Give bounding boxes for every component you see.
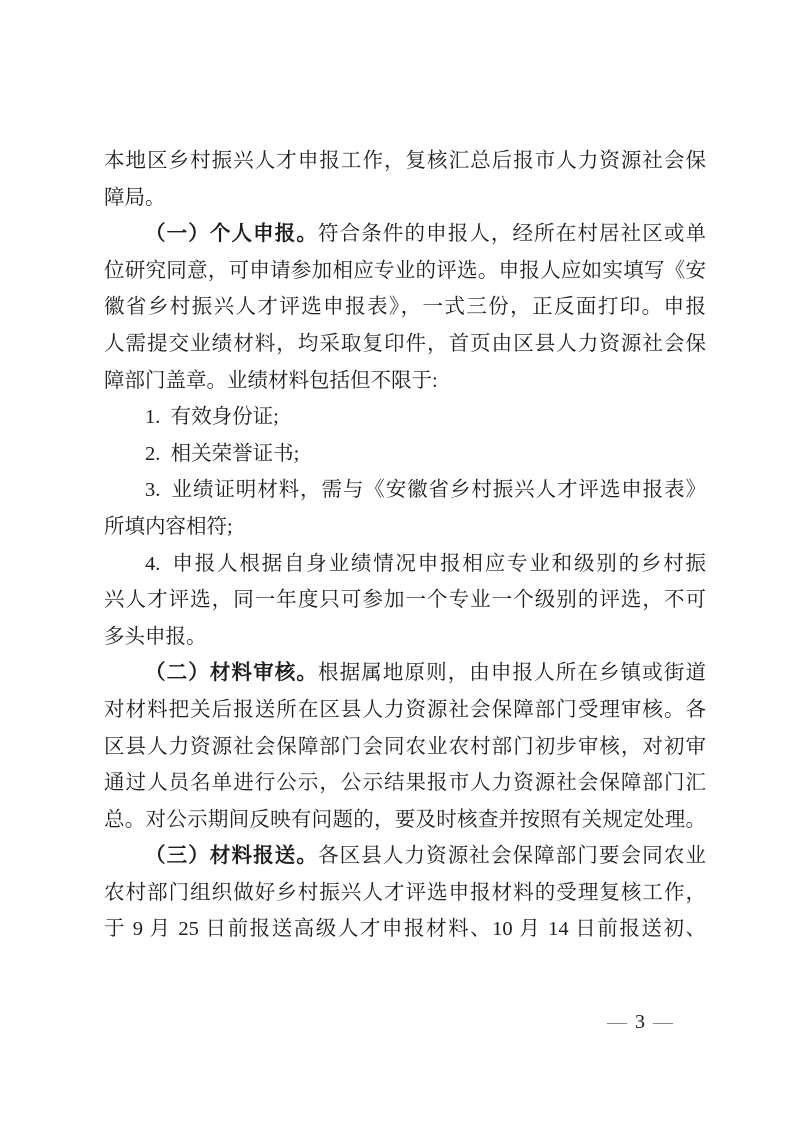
line-text: 各区县人力资源社会保障部门要会同农业 xyxy=(318,845,706,867)
paragraph-heading: （三）材料报送。 xyxy=(145,845,318,867)
page-number: —3— xyxy=(570,1011,710,1034)
line-text: 根据属地原则，由申报人所在乡镇或街道 xyxy=(318,662,706,684)
page-number-dash-left: — xyxy=(607,1011,627,1033)
list-item: 4. 申报人根据自身业绩情况申报相应专业和级别的乡村振 xyxy=(104,546,706,583)
text-line: 障部门盖章。业绩材料包括但不限于: xyxy=(104,363,706,400)
paragraph-heading: （二）材料审核。 xyxy=(145,662,318,684)
text-line: 于 9 月 25 日前报送高级人才申报材料、10 月 14 日前报送初、 xyxy=(104,911,706,948)
list-item: 3. 业绩证明材料，需与《安徽省乡村振兴人才评选申报表》 xyxy=(104,472,706,509)
document-body: 本地区乡村振兴人才申报工作，复核汇总后报市人力资源社会保 障局。 （一）个人申报… xyxy=(104,143,706,948)
line-text: 符合条件的申报人，经所在村居社区或单 xyxy=(318,223,706,245)
text-line: 总。对公示期间反映有问题的，要及时核查并按照有关规定处理。 xyxy=(104,802,706,839)
text-line: （一）个人申报。符合条件的申报人，经所在村居社区或单 xyxy=(104,216,706,253)
list-item: 1. 有效身份证; xyxy=(104,399,706,436)
text-line: 本地区乡村振兴人才申报工作，复核汇总后报市人力资源社会保 xyxy=(104,143,706,180)
text-line: 徽省乡村振兴人才评选申报表》，一式三份，正反面打印。申报 xyxy=(104,289,706,326)
text-line: 所填内容相符; xyxy=(104,509,706,546)
text-line: 兴人才评选，同一年度只可参加一个专业一个级别的评选，不可 xyxy=(104,582,706,619)
text-line: 对材料把关后报送所在区县人力资源社会保障部门受理审核。各 xyxy=(104,692,706,729)
page-number-value: 3 xyxy=(635,1011,645,1033)
text-line: 农村部门组织做好乡村振兴人才评选申报材料的受理复核工作， xyxy=(104,875,706,912)
text-line: 区县人力资源社会保障部门会同农业农村部门初步审核，对初审 xyxy=(104,729,706,766)
page-number-dash-right: — xyxy=(653,1011,673,1033)
paragraph-heading: （一）个人申报。 xyxy=(145,223,318,245)
text-line: 人需提交业绩材料，均采取复印件，首页由区县人力资源社会保 xyxy=(104,326,706,363)
text-line: （三）材料报送。各区县人力资源社会保障部门要会同农业 xyxy=(104,838,706,875)
list-item: 2. 相关荣誉证书; xyxy=(104,436,706,473)
document-page: 本地区乡村振兴人才申报工作，复核汇总后报市人力资源社会保 障局。 （一）个人申报… xyxy=(0,0,793,1122)
text-line: 多头申报。 xyxy=(104,619,706,656)
text-line: 障局。 xyxy=(104,180,706,217)
text-line: （二）材料审核。根据属地原则，由申报人所在乡镇或街道 xyxy=(104,655,706,692)
text-line: 位研究同意，可申请参加相应专业的评选。申报人应如实填写《安 xyxy=(104,253,706,290)
text-line: 通过人员名单进行公示，公示结果报市人力资源社会保障部门汇 xyxy=(104,765,706,802)
